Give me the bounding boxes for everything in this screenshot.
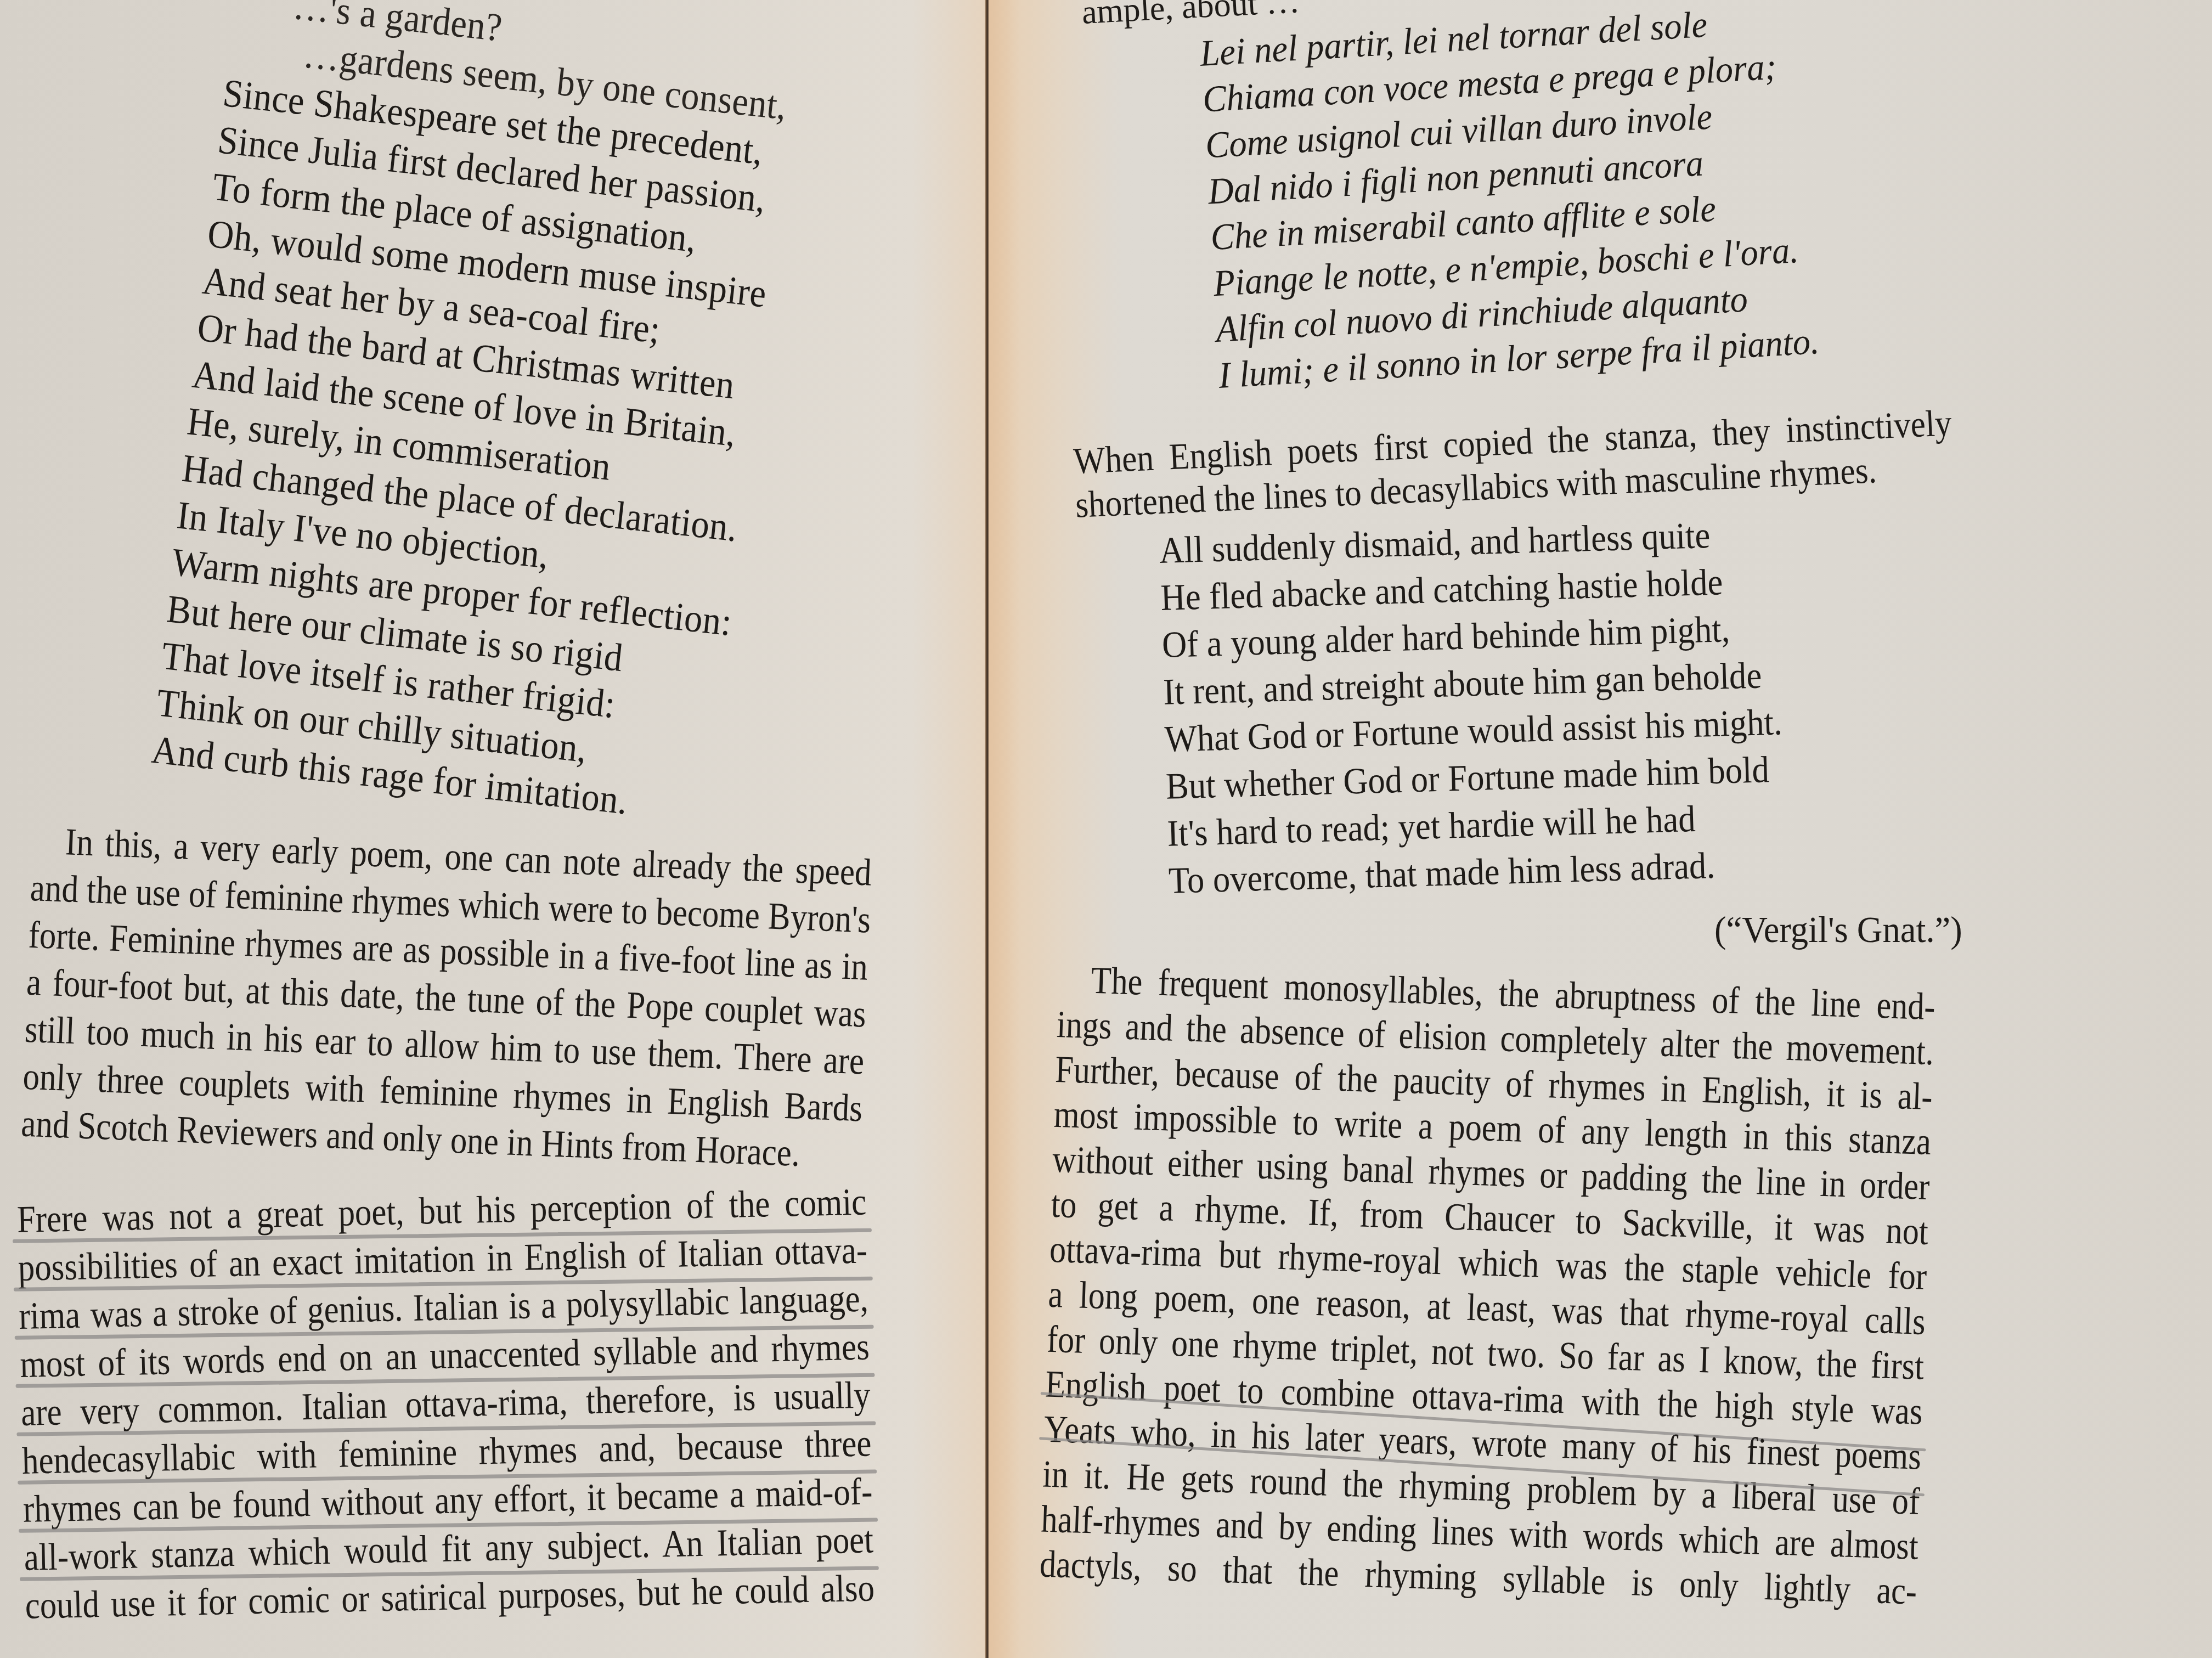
left-paragraph-2-underlined: Frere was not a great poet, but his perc… <box>16 1178 875 1631</box>
left-page: …'s a garden? …gardens seem, by one cons… <box>0 0 990 1658</box>
spenser-poem: All suddenly dismaid, and hartless quite… <box>1159 510 1787 904</box>
book-spread: …'s a garden? …gardens seem, by one cons… <box>0 0 2212 1658</box>
italian-poem: Lei nel partir, lei nel tornar del sole … <box>1199 0 1820 398</box>
poem-attribution: (“Vergil's Gnat.”) <box>1714 908 1962 951</box>
gutter-shadow <box>989 0 1019 1658</box>
left-poem: …'s a garden? …gardens seem, by one cons… <box>149 0 795 833</box>
book-gutter <box>985 0 989 1658</box>
left-paragraph-1: In this, a very early poem, one can note… <box>20 817 872 1180</box>
right-paragraph: The frequent monosyllables, the abruptne… <box>1039 957 1936 1615</box>
